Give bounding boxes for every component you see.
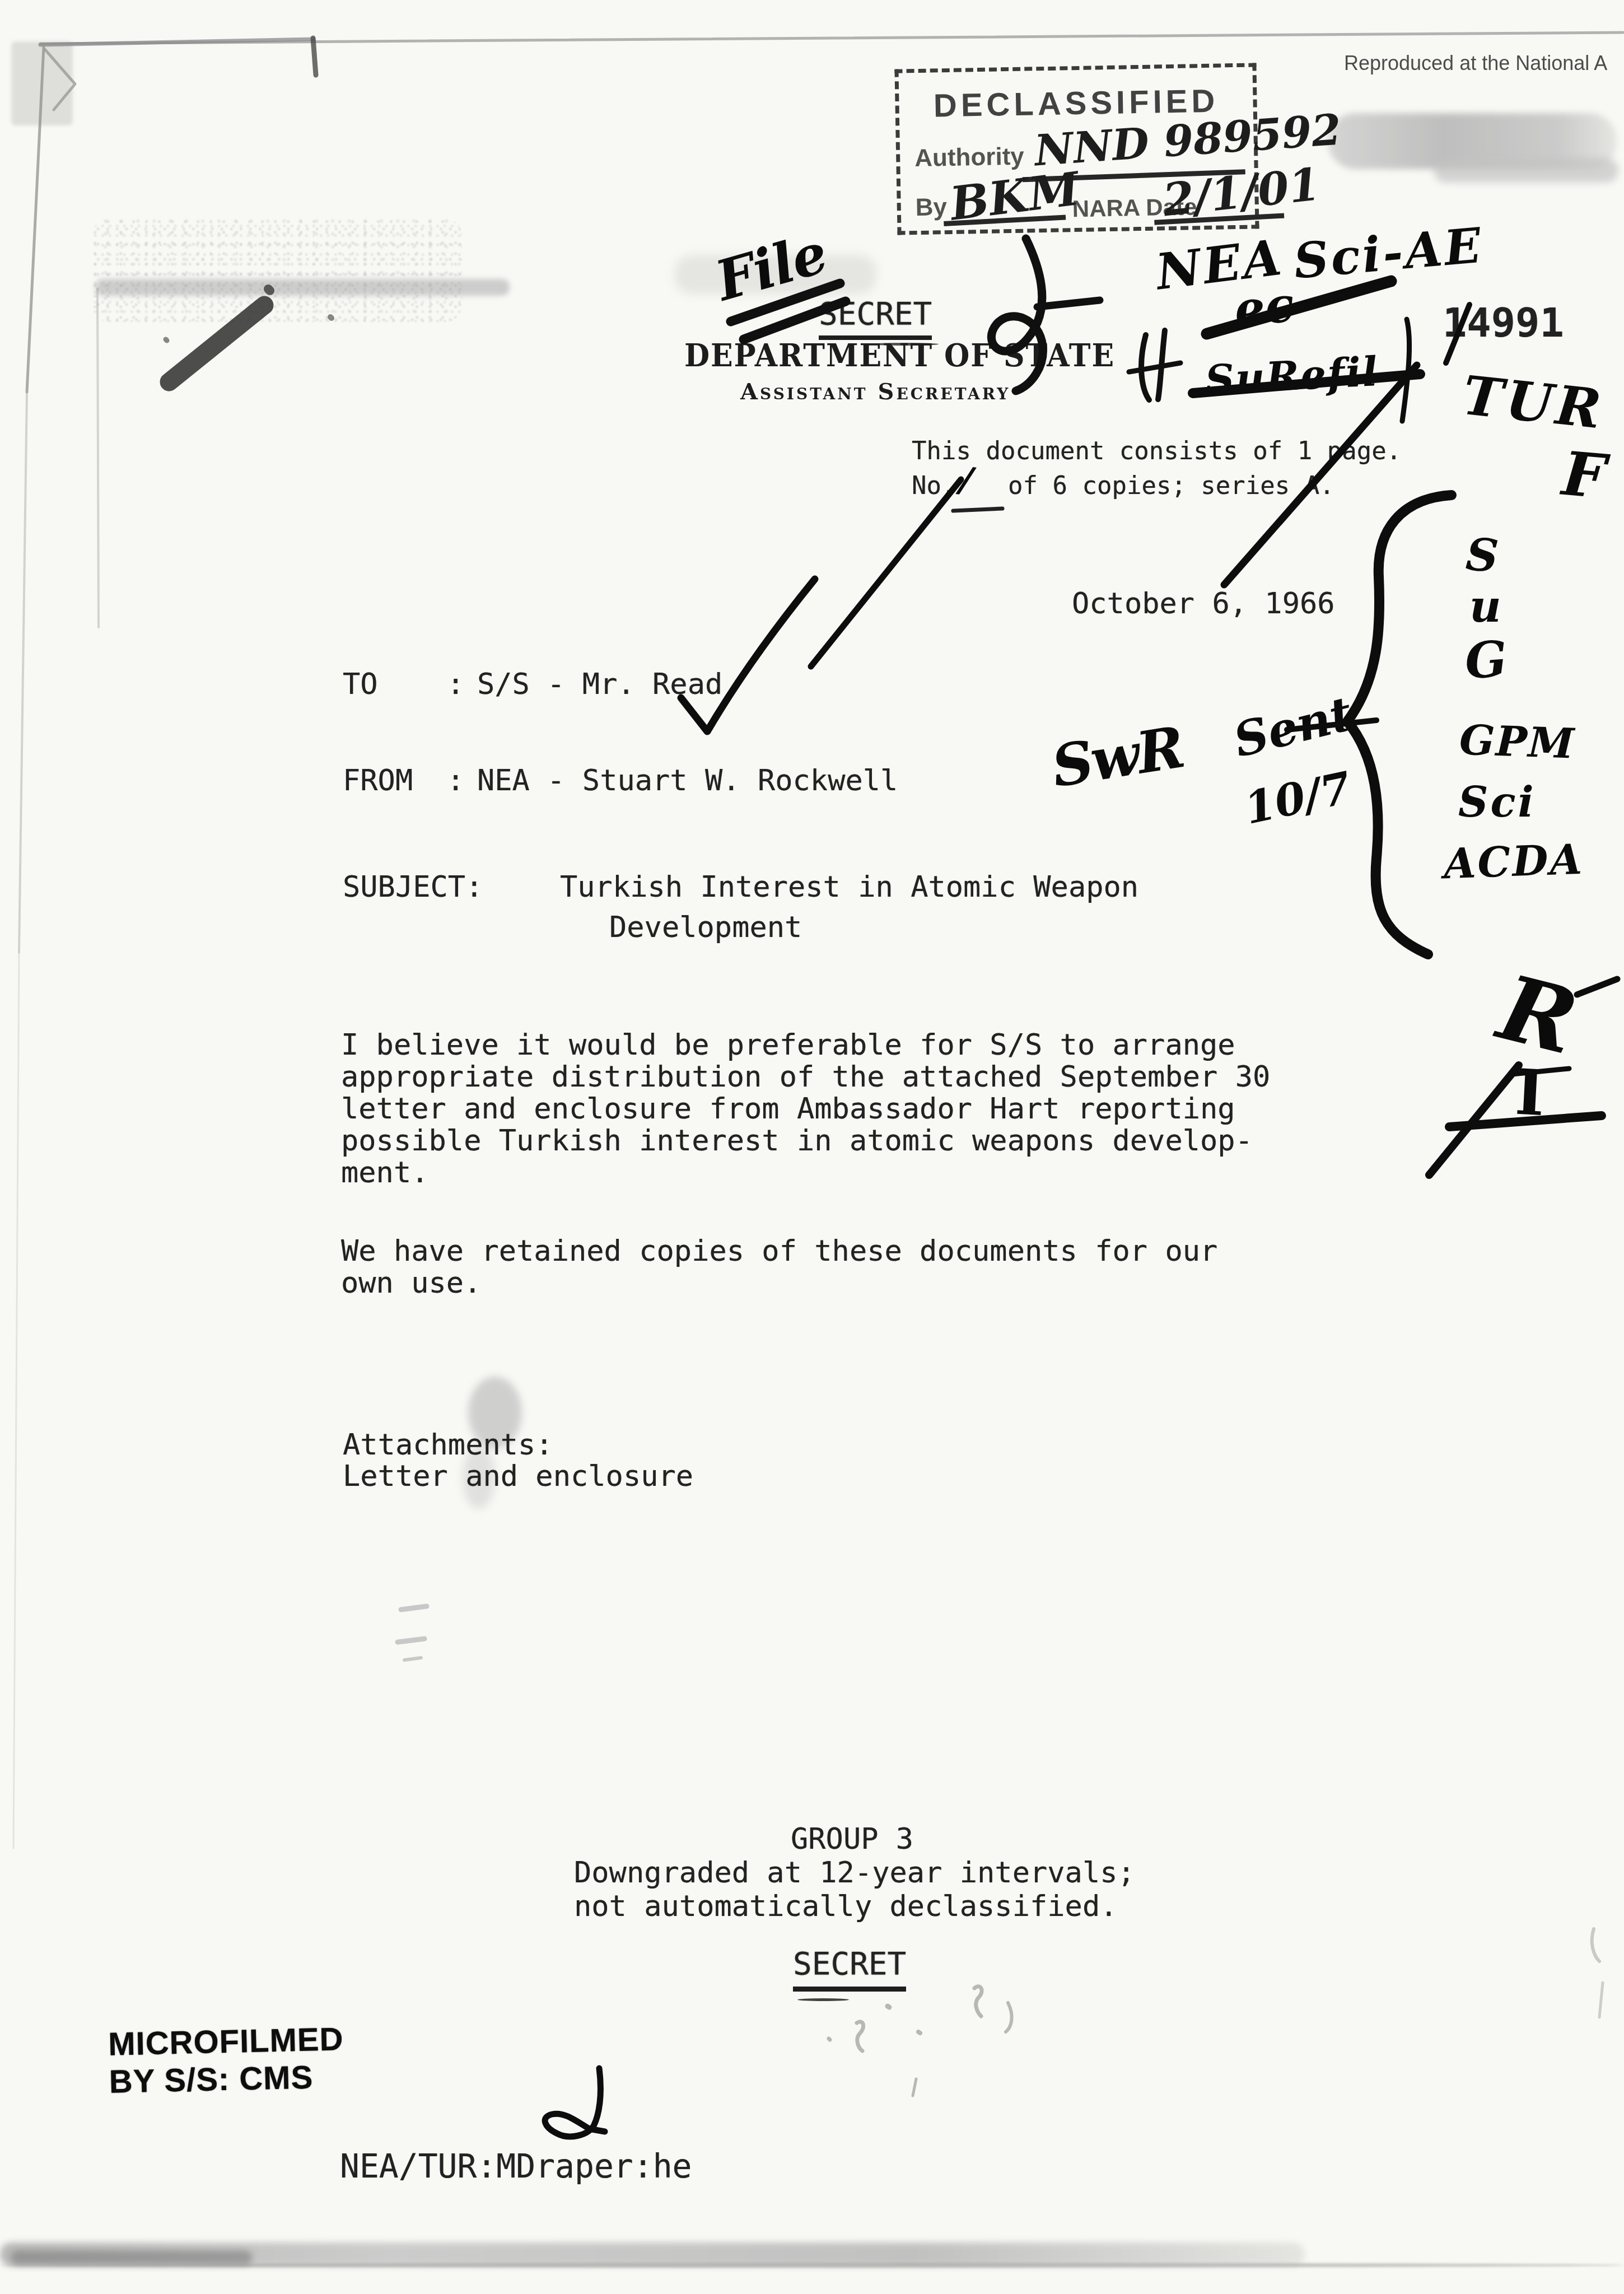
routing-item-acda: ACDA (1443, 836, 1585, 889)
date-area-slash (811, 479, 961, 666)
to-value: S/S - Mr. Read (477, 669, 722, 701)
tur-routing-handwritten: TUR (1460, 363, 1607, 441)
memo-date: October 6, 1966 (1072, 588, 1335, 620)
classification-footer-underline-2 (797, 1998, 849, 2001)
attachments-value: Letter and enclosure (343, 1461, 693, 1493)
routing-item-sci: Sci (1458, 778, 1536, 827)
declassified-stamp: DECLASSIFIED Authority NND 989592 By BKM… (894, 63, 1259, 235)
microfilmed-stamp: MICROFILMED BY S/S: CMS (108, 2020, 345, 2100)
authority-label: Authority (914, 143, 1024, 172)
document-number: 14991 (1443, 299, 1564, 346)
downgrade-line-2: not automatically declassified. (574, 1891, 1118, 1923)
routing-item-s: S (1464, 528, 1500, 582)
bottom-gray-line (0, 2263, 1624, 2268)
copy-number-underscore (953, 509, 1002, 511)
drafter-line: NEA/TUR:MDraper:he (340, 2147, 692, 2185)
from-separator: : (447, 765, 464, 797)
by-label: By (915, 193, 947, 222)
group-heading: GROUP 3 (791, 1824, 913, 1855)
top-right-smudge (1328, 113, 1617, 169)
copies-prefix: No. (912, 472, 956, 500)
to-label: TO (343, 669, 378, 701)
scanned-memo-page: Reproduced at the National A DECLASSIFIE… (0, 0, 1624, 2294)
subject-label: SUBJECT: (343, 871, 483, 903)
top-right-smudge-2 (1434, 158, 1618, 183)
crossed-out-scribble-2: SuRefil (1204, 347, 1380, 404)
routing-item-g: G (1463, 630, 1509, 691)
rockwell-signature: SwR (1047, 714, 1187, 800)
faint-pencil-squiggles (829, 1987, 1012, 2096)
routing-brace (1347, 495, 1452, 954)
routing-item-u: u (1469, 581, 1501, 632)
attachments-label: Attachments: (343, 1429, 553, 1461)
hash-mark (1129, 330, 1180, 400)
subject-line2: Development (609, 912, 802, 944)
routing-item-gpm: GPM (1459, 716, 1576, 768)
check-mark (681, 579, 815, 731)
corner-fold-shade (11, 41, 73, 125)
i-mark-handwritten: I (1514, 1056, 1547, 1131)
reproduced-note: Reproduced at the National A (1344, 52, 1607, 75)
bottom-gray-band (0, 2242, 1305, 2266)
department-name: DEPARTMENT OF STATE (684, 337, 1115, 374)
scan-noise-patch (92, 218, 462, 322)
initial-loop-mark (545, 2068, 605, 2137)
subject-line1: Turkish Interest in Atomic Weapon (560, 871, 1138, 903)
from-label: FROM (343, 765, 413, 797)
f-mark-handwritten: F (1560, 439, 1608, 512)
body-paragraph-1: I believe it would be preferable for S/S… (341, 1029, 1270, 1189)
scan-dark-band (95, 279, 510, 296)
ghost-dash-marks (398, 1606, 427, 1660)
body-paragraph-2: We have retained copies of these documen… (341, 1235, 1217, 1299)
from-value: NEA - Stuart W. Rockwell (477, 765, 898, 797)
classification-footer: SECRET (793, 1946, 906, 1992)
scan-edge-artifacts (13, 32, 1623, 2017)
consists-line: This document consists of 1 page. (912, 437, 1401, 465)
crossed-out-scribble-1: ec (1231, 276, 1297, 339)
downgrade-line-1: Downgraded at 12-year intervals; (574, 1857, 1135, 1889)
sent-date-handwritten: 10/7 (1240, 762, 1356, 834)
classification-top: SECRET (819, 296, 932, 340)
copies-suffix: of 6 copies; series A. (1008, 472, 1334, 500)
sent-note-handwritten: Sent (1228, 686, 1358, 768)
to-separator: : (447, 669, 464, 701)
file-note-handwritten: File (709, 221, 833, 314)
sci-ae-routing-handwritten: Sci-AE (1291, 217, 1486, 290)
office-name: Assistant Secretary (740, 379, 1010, 405)
pencil-slash-mark (166, 289, 332, 382)
bottom-dark-smear (11, 2250, 252, 2265)
